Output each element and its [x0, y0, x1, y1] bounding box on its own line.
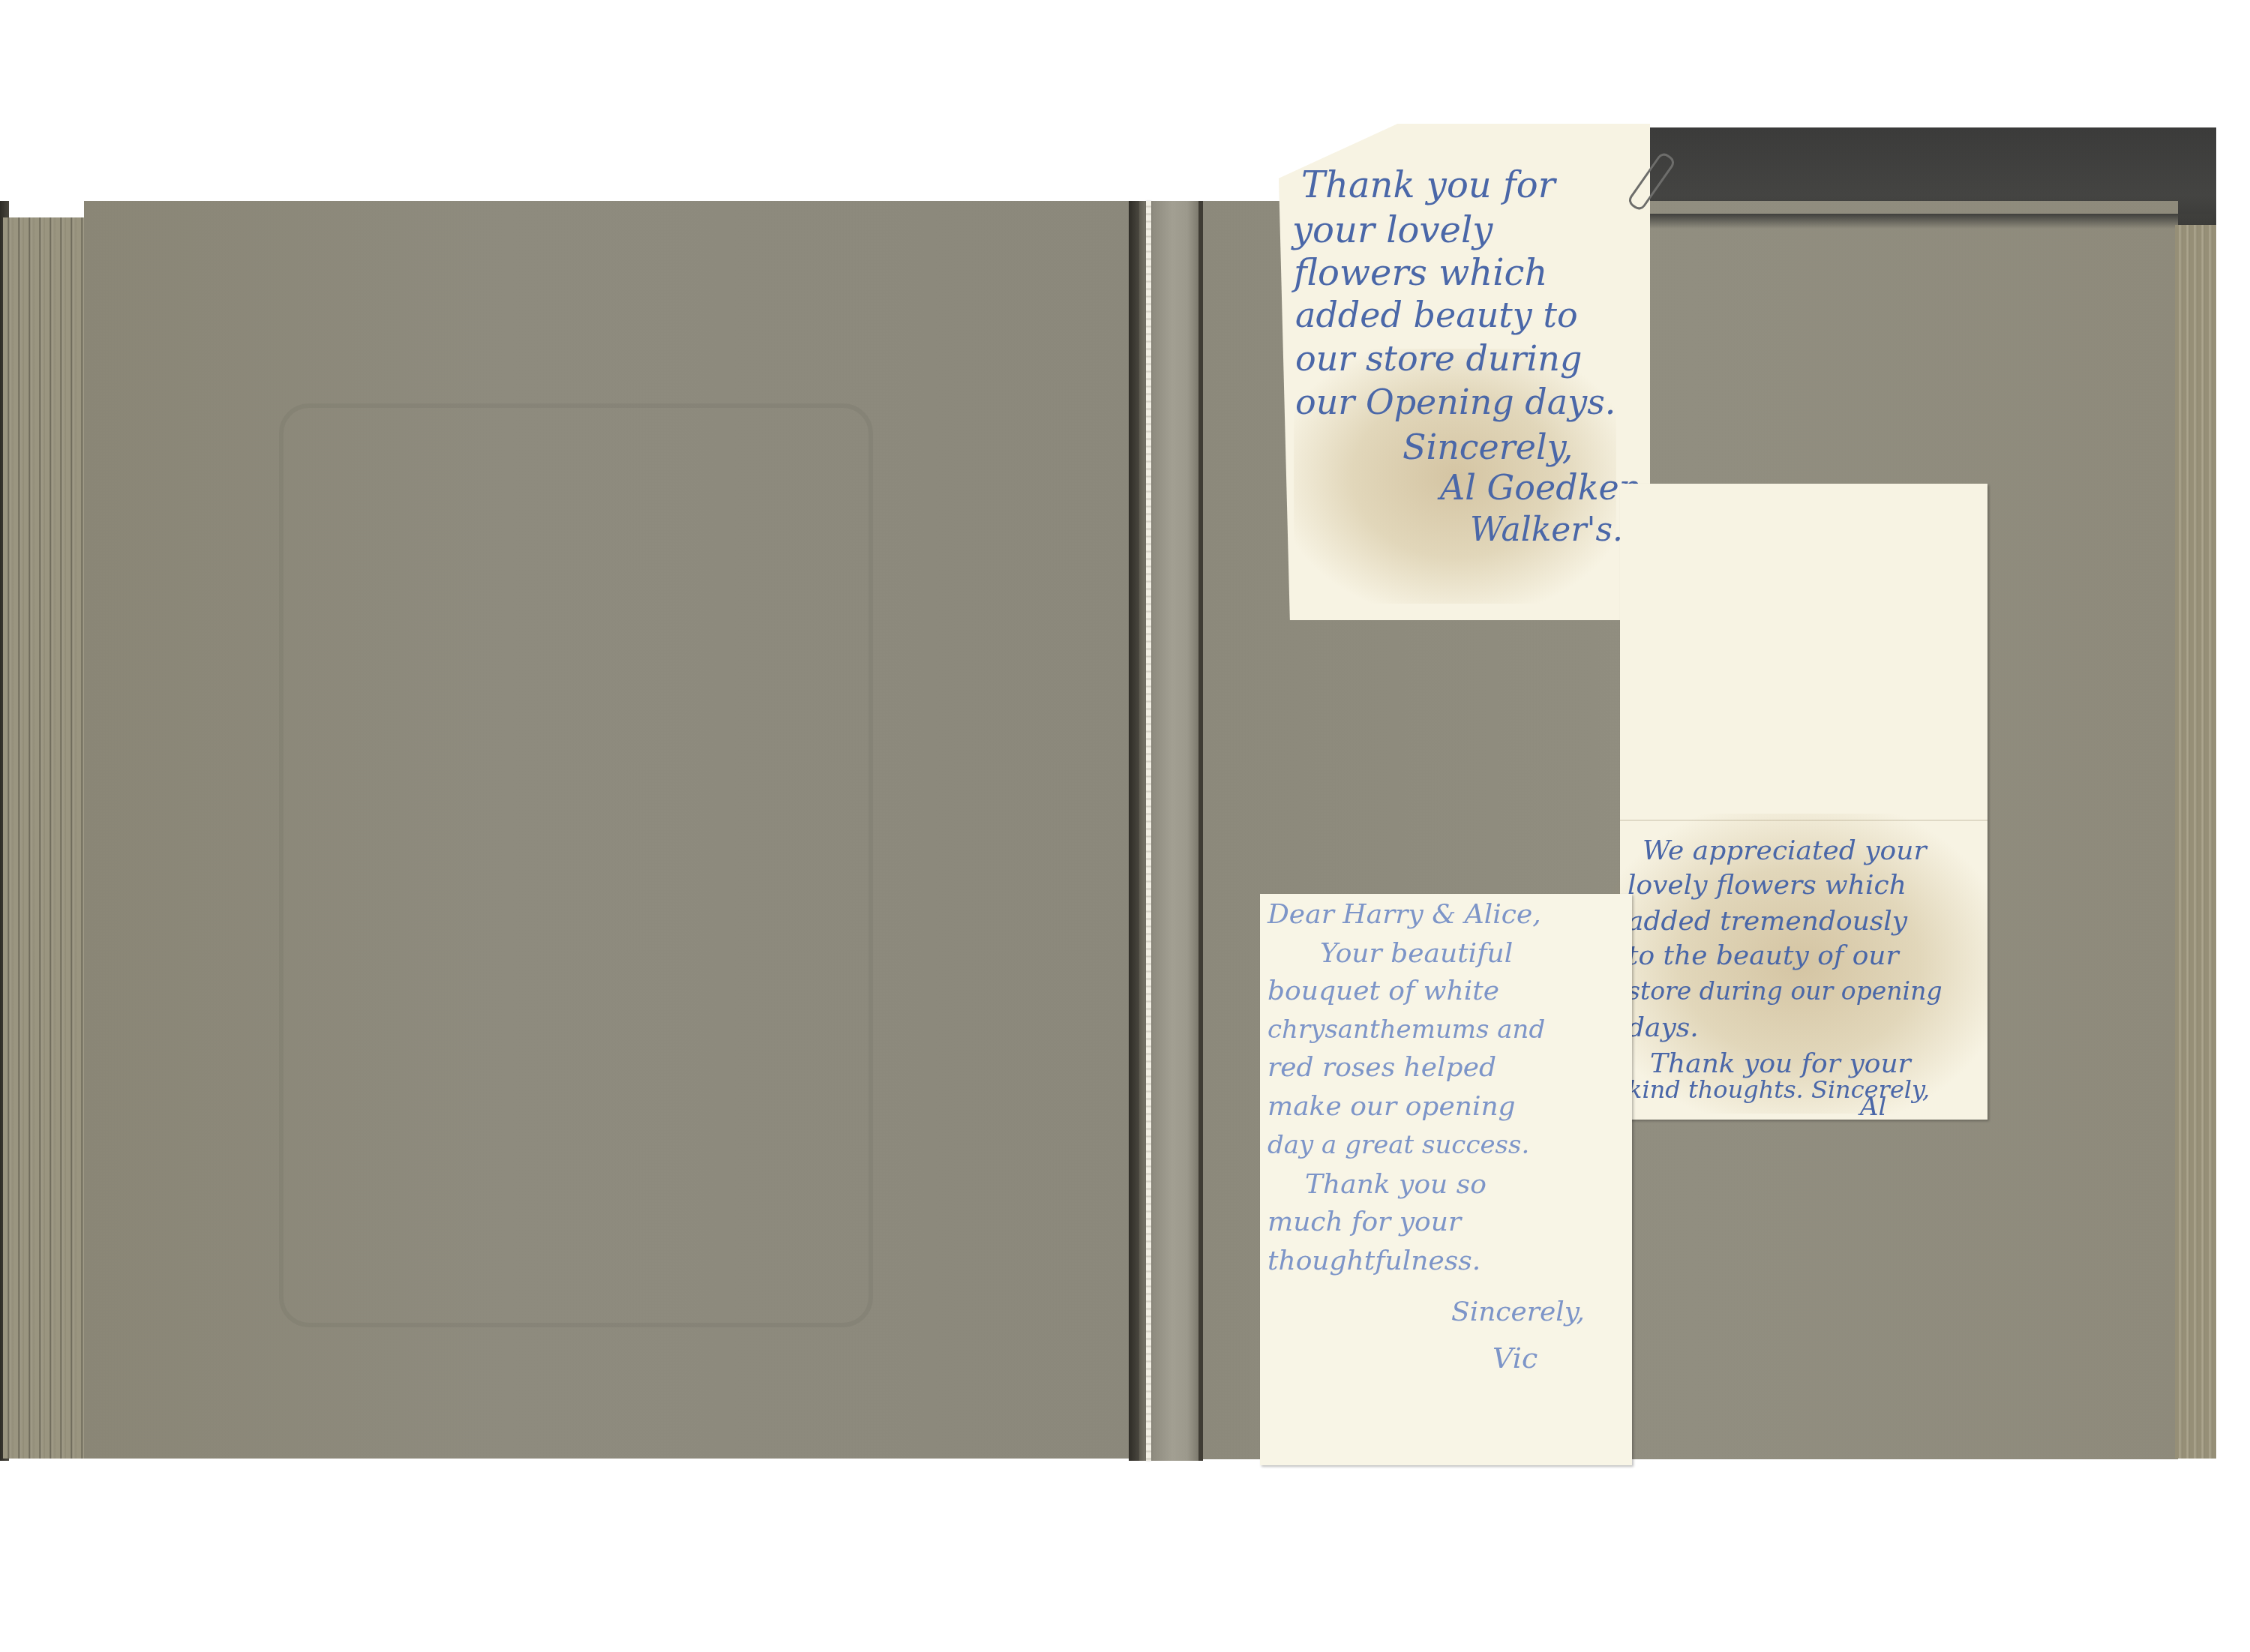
note-line: Thank you for [1301, 167, 1555, 203]
note-line: store during our opening [1627, 979, 1942, 1003]
note-line: lovely flowers which [1627, 872, 1906, 899]
signature: Al Goedken [1440, 470, 1641, 505]
note-line: red roses helped [1267, 1054, 1496, 1081]
note-line: our Opening days. [1295, 385, 1615, 419]
note-line: We appreciated your [1642, 838, 1927, 865]
note-line: our store during [1295, 341, 1582, 376]
signature-line-2: Walker's. [1470, 514, 1623, 547]
note-line: days. [1627, 1015, 1699, 1042]
note-line: Thank you so [1305, 1171, 1486, 1198]
note-line: Thank you for your [1650, 1051, 1911, 1078]
ghost-impression [279, 403, 873, 1327]
signature: Al [1860, 1094, 1886, 1120]
spine-shadow [1129, 201, 1139, 1461]
note-line: day a great success. [1267, 1132, 1529, 1158]
left-page-stack [3, 217, 85, 1459]
note-line: added tremendously [1627, 908, 1907, 935]
note-line: much for your [1267, 1209, 1461, 1236]
note-line: chrysanthemums and [1267, 1017, 1545, 1042]
salutation: Dear Harry & Alice, [1267, 901, 1541, 928]
note-al: We appreciated your lovely flowers which… [1620, 484, 1987, 1120]
note-line: Your beautiful [1320, 940, 1513, 967]
right-page-top-curve [1620, 214, 2212, 229]
note-line: thoughtfulness. [1267, 1248, 1480, 1275]
stitched-seam [1146, 201, 1151, 1461]
closing: Sincerely, [1402, 430, 1573, 464]
closing: Sincerely, [1451, 1299, 1585, 1326]
left-page [84, 201, 1140, 1459]
note-line: your lovely [1292, 212, 1492, 248]
note-line: flowers which [1294, 255, 1547, 291]
note-line: make our opening [1267, 1093, 1516, 1120]
right-page-edges [2175, 225, 2216, 1459]
note-line: bouquet of white [1267, 978, 1499, 1005]
signature: Vic [1492, 1344, 1537, 1372]
note-vic: Dear Harry & Alice, Your beautiful bouqu… [1260, 894, 1632, 1465]
note-line: to the beauty of our [1627, 943, 1899, 970]
note-line: added beauty to [1295, 298, 1578, 332]
note-walkers: Thank you for your lovely flowers which … [1279, 124, 1650, 620]
